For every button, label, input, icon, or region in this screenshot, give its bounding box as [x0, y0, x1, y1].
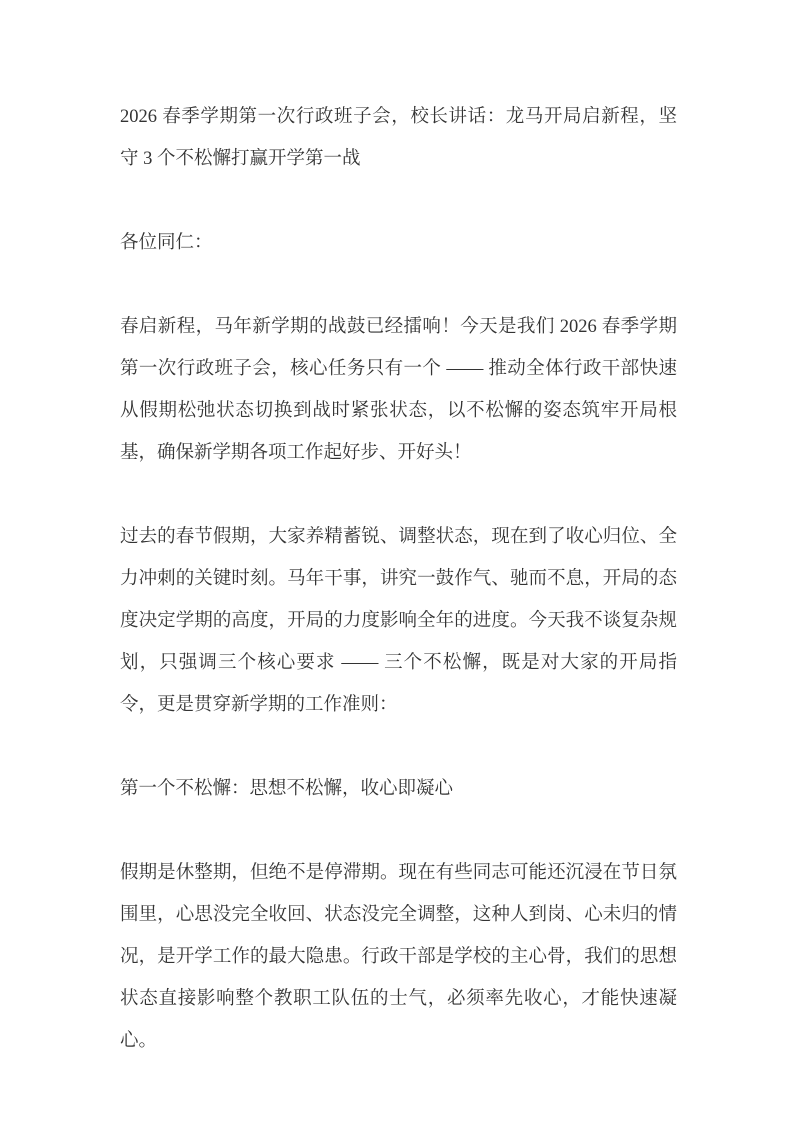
salutation: 各位同仁：: [120, 222, 677, 264]
section-heading-first-point: 第一个不松懈：思想不松懈，收心即凝心: [120, 768, 677, 810]
paragraph-opening: 春启新程，马年新学期的战鼓已经擂响！今天是我们 2026 春季学期第一次行政班子…: [120, 306, 677, 474]
document-page: 2026 春季学期第一次行政班子会，校长讲话：龙马开局启新程，坚守 3 个不松懈…: [0, 0, 793, 1122]
paragraph-context: 过去的春节假期，大家养精蓄锐、调整状态，现在到了收心归位、全力冲刺的关键时刻。马…: [120, 516, 677, 726]
document-content: 2026 春季学期第一次行政班子会，校长讲话：龙马开局启新程，坚守 3 个不松懈…: [120, 96, 677, 1062]
paragraph-first-point-body: 假期是休整期，但绝不是停滞期。现在有些同志可能还沉浸在节日氛围里，心思没完全收回…: [120, 852, 677, 1062]
document-title: 2026 春季学期第一次行政班子会，校长讲话：龙马开局启新程，坚守 3 个不松懈…: [120, 96, 677, 180]
